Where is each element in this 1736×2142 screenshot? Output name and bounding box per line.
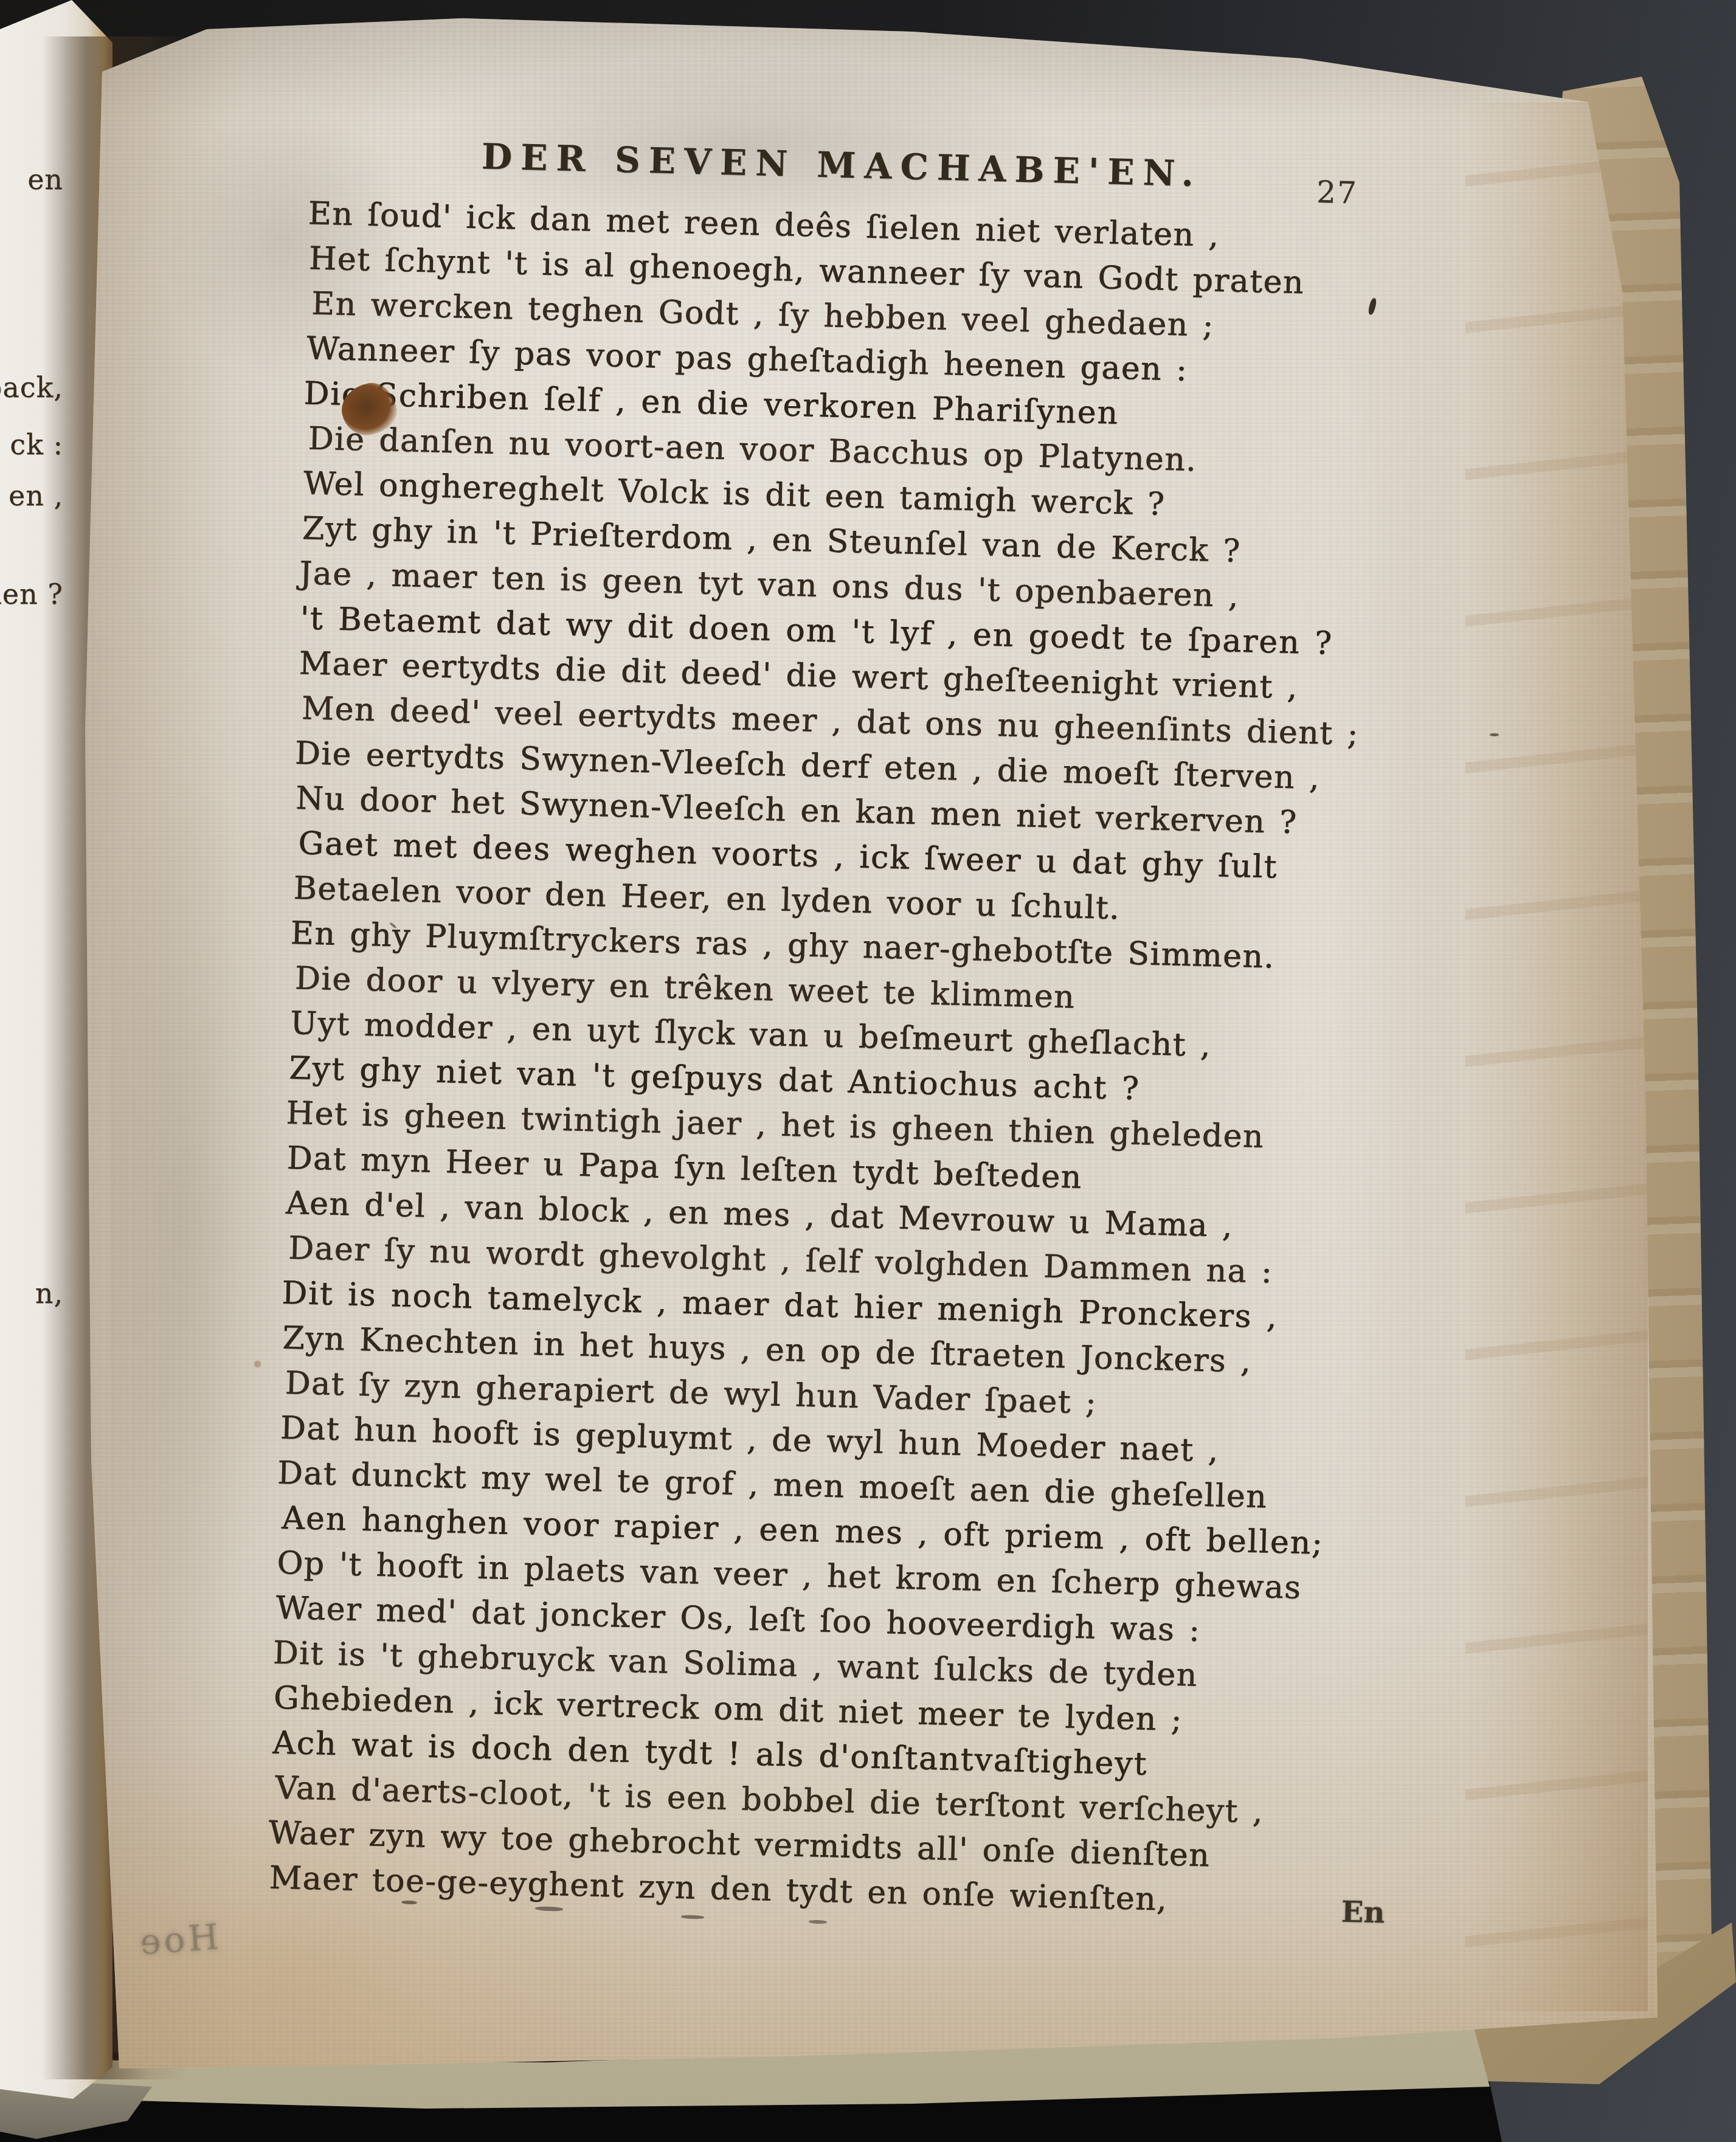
ink-speck [1490,733,1499,736]
foxing-spot [254,1361,261,1367]
book-page: DER SEVEN MACHABE'EN. 27 En ſoud' ick da… [85,17,1660,2071]
showthrough-text: Hoe [136,1916,220,1963]
page-number: 27 [1316,174,1358,211]
catchword: En [1341,1895,1385,1930]
photo-of-old-book: enpack,ck :en ,hen ?n, DER SEVEN MACHABE… [0,0,1736,2142]
poem: En ſoud' ick dan met reen deês ſielen ni… [233,190,1369,1926]
